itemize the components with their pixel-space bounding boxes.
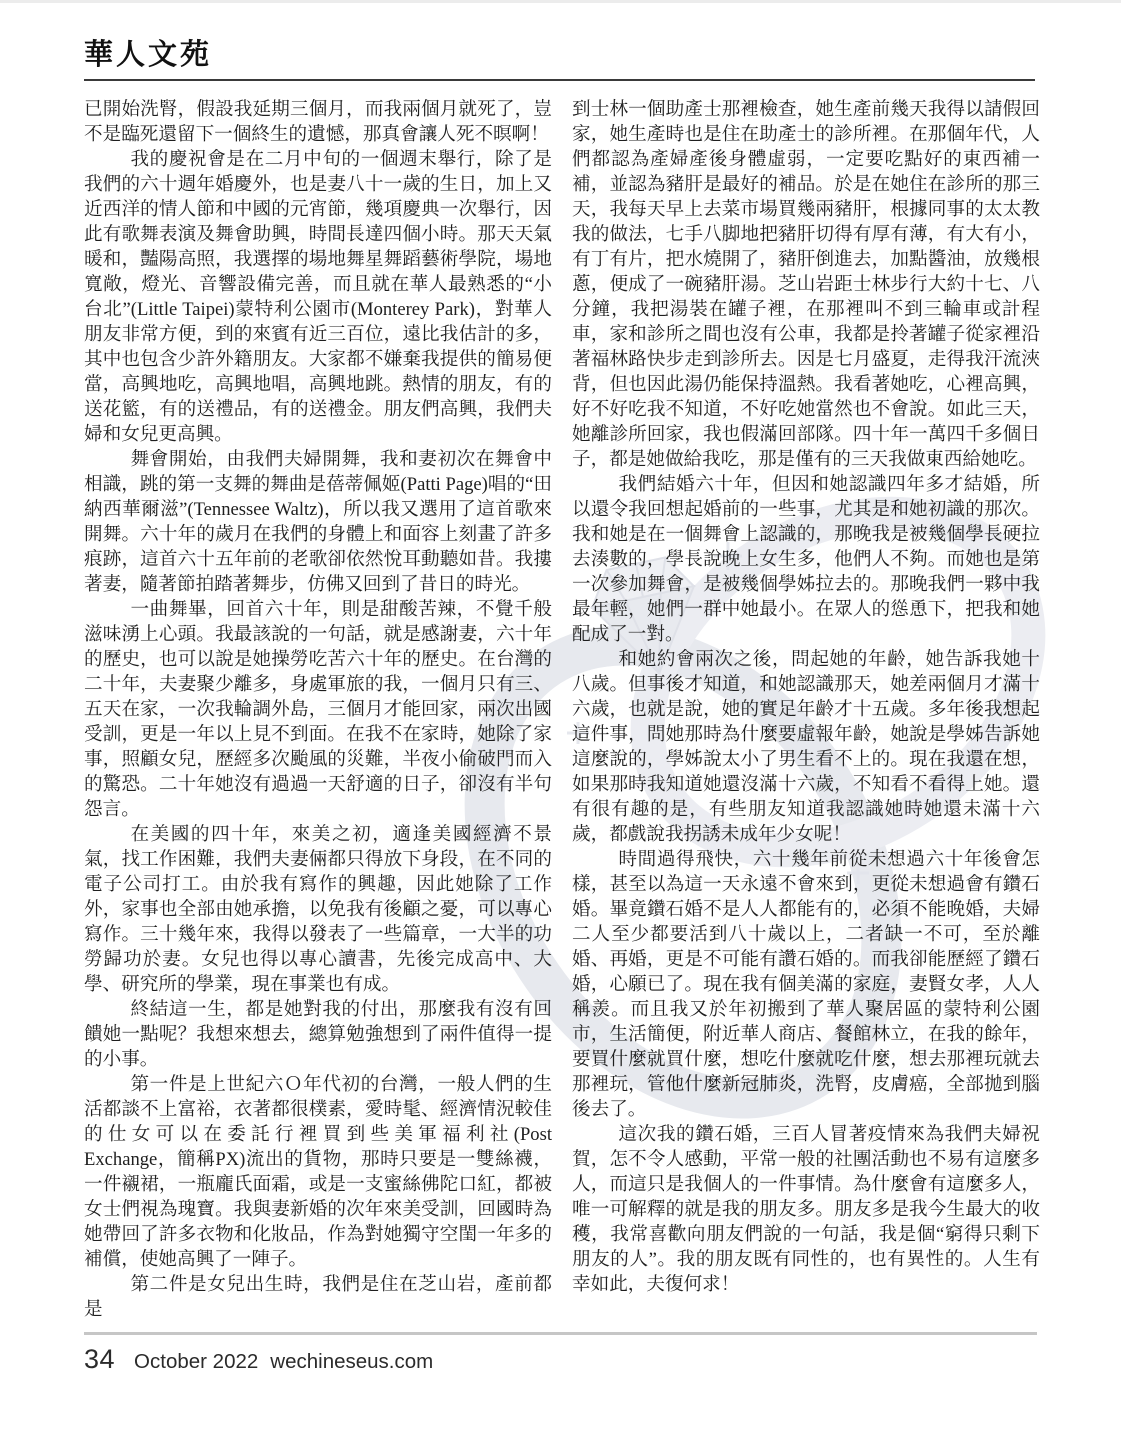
paragraph: 和她約會兩次之後，問起她的年齡，她告訴我她十八歲。但事後才知道，和她認識那天，她… — [572, 647, 1040, 847]
paragraph: 到士林一個助產士那裡檢查，她生產前幾天我得以請假回家，她生產時也是住在助產士的診… — [572, 97, 1040, 472]
magazine-page: 華人文苑 已開始洗腎，假設我延期三個月，而我兩個月就死了，豈不是臨死還留下一個終… — [0, 0, 1121, 1441]
paragraph: 第一件是上世紀六Ｏ年代初的台灣，一般人們的生活都談不上富裕，衣著都很樸素，愛時髦… — [84, 1072, 552, 1272]
paragraph: 一曲舞畢，回首六十年，則是甜酸苦辣，不覺千般滋味湧上心頭。我最該說的一句話，就是… — [84, 597, 552, 822]
page-number: 34 — [84, 1344, 115, 1375]
paragraph: 終結這一生，都是她對我的付出，那麼我有沒有回饋她一點呢？我想來想去，總算勉強想到… — [84, 997, 552, 1072]
paragraph: 已開始洗腎，假設我延期三個月，而我兩個月就死了，豈不是臨死還留下一個終生的遺憾，… — [84, 97, 552, 147]
website-url: wechineseus.com — [270, 1350, 433, 1374]
paragraph: 時間過得飛快，六十幾年前從未想過六十年後會怎樣，甚至以為這一天永遠不會來到，更從… — [572, 847, 1040, 1122]
section-title: 華人文苑 — [84, 38, 212, 73]
paragraph: 舞會開始，由我們夫婦開舞，我和妻初次在舞會中相識，跳的第一支舞的舞曲是蓓蒂佩姬(… — [84, 447, 552, 597]
right-column: 到士林一個助產士那裡檢查，她生產前幾天我得以請假回家，她生產時也是住在助產士的診… — [572, 97, 1040, 1322]
paragraph: 這次我的鑽石婚，三百人冒著疫情來為我們夫婦祝賀，怎不令人感動，平常一般的社團活動… — [572, 1122, 1040, 1297]
issue-date: October 2022 — [134, 1350, 258, 1374]
footer-divider — [84, 1332, 1037, 1335]
page-top-edge — [0, 0, 1121, 3]
article-body: 已開始洗腎，假設我延期三個月，而我兩個月就死了，豈不是臨死還留下一個終生的遺憾，… — [84, 97, 1040, 1322]
paragraph: 在美國的四十年，來美之初，適逢美國經濟不景氣，找工作困難，我們夫妻倆都只得放下身… — [84, 822, 552, 997]
paragraph: 第二件是女兒出生時，我們是住在芝山岩，產前都是 — [84, 1272, 552, 1322]
left-column: 已開始洗腎，假設我延期三個月，而我兩個月就死了，豈不是臨死還留下一個終生的遺憾，… — [84, 97, 552, 1322]
paragraph: 我們結婚六十年，但因和她認識四年多才結婚，所以還令我回想起婚前的一些事，尤其是和… — [572, 472, 1040, 647]
paragraph: 我的慶祝會是在二月中旬的一個週末舉行，除了是我們的六十週年婚慶外，也是妻八十一歲… — [84, 147, 552, 447]
section-header: 華人文苑 — [84, 38, 212, 73]
page-footer: 34 October 2022 wechineseus.com — [84, 1344, 433, 1375]
header-divider — [84, 79, 1035, 81]
